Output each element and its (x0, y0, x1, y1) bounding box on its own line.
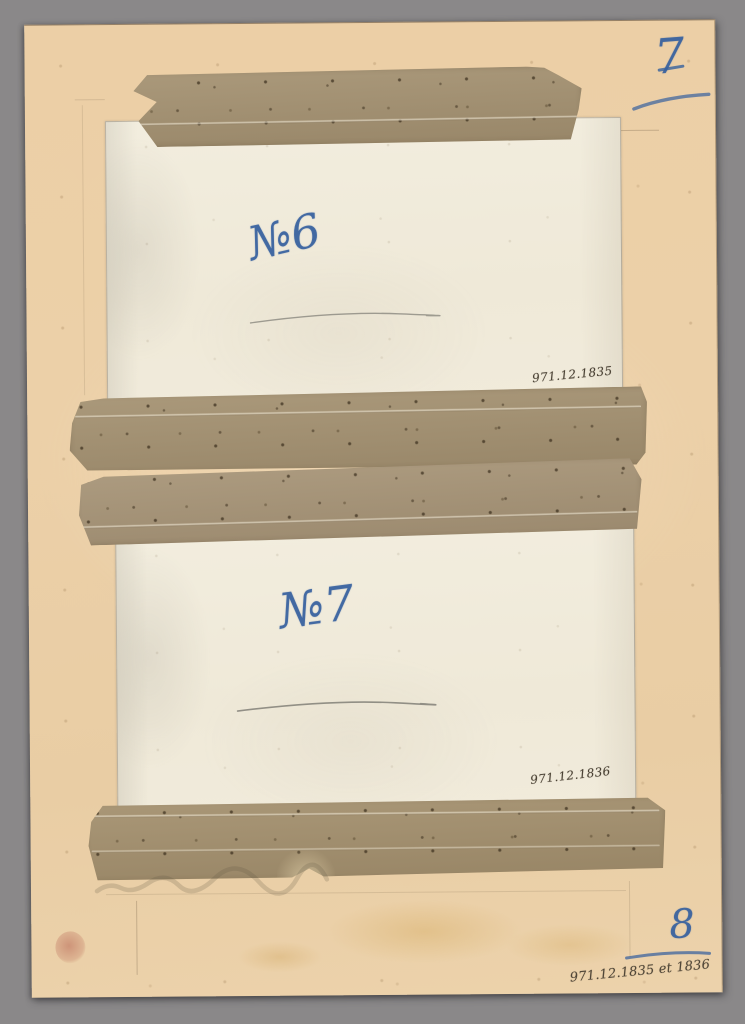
scan-background: №6 971.12.1835 №7 971.12.1836 7 8 971.12… (0, 0, 745, 1024)
tape-crease (82, 510, 637, 528)
pencil-guideline-corner-top-left (75, 99, 105, 100)
blue-underline-page-7 (631, 86, 713, 115)
tape-strip-bottom (85, 796, 666, 882)
tape-crease (125, 115, 578, 126)
handwritten-item-number-6: №6 (244, 206, 325, 267)
pencil-guideline-vertical-top-left (82, 105, 85, 395)
page-number-bottom: 8 (668, 904, 695, 945)
pencil-underline-item-6 (248, 305, 430, 328)
pencil-scribble (93, 873, 343, 901)
tape-crease (91, 809, 659, 818)
tape-crease (75, 405, 641, 418)
pink-stain-dot (55, 931, 85, 963)
handwritten-item-number-7: №7 (276, 579, 358, 636)
pencil-guideline-vertical-bottom-right (629, 881, 631, 957)
photo-back-card-1 (105, 117, 623, 407)
page-number-top: 7 (653, 32, 687, 82)
tape-strip-top (119, 66, 582, 148)
album-page: №6 971.12.1835 №7 971.12.1836 7 8 971.12… (24, 19, 723, 997)
pencil-underline-item-7 (235, 695, 423, 716)
pencil-guideline-right-of-card1 (615, 130, 659, 131)
tape-crease (91, 844, 659, 853)
pencil-guideline-vertical-bottom-left (136, 901, 138, 975)
